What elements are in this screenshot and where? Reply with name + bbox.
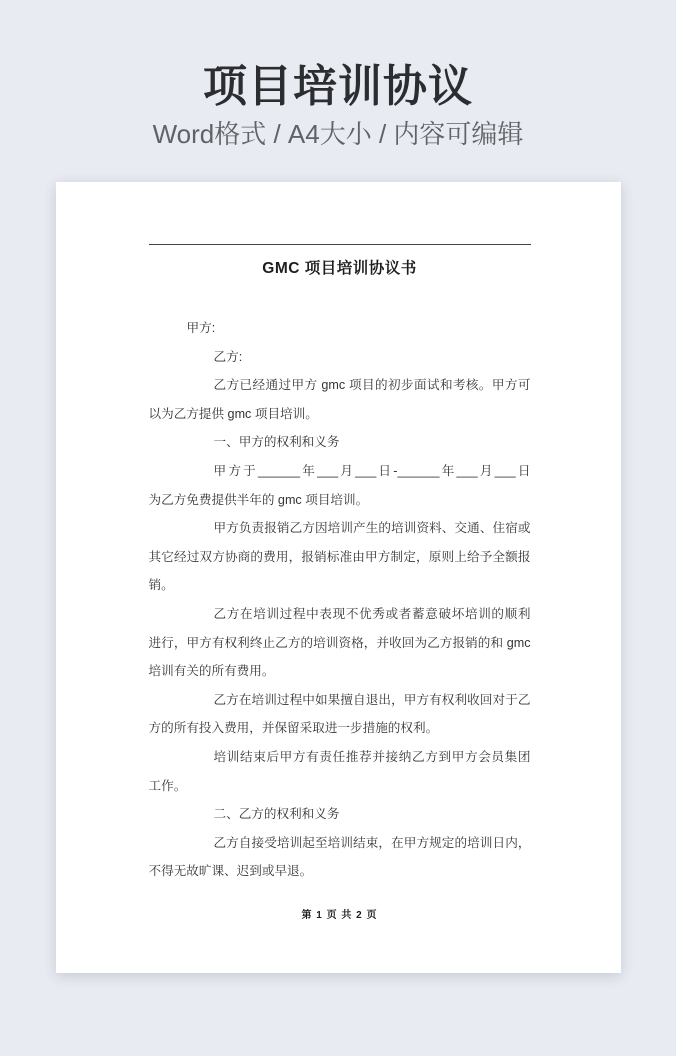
doc-line: 甲方负责报销乙方因培训产生的培训资料、交通、住宿或 — [149, 514, 531, 543]
doc-line: 以为乙方提供 gmc 项目培训。 — [149, 400, 531, 429]
doc-line: 不得无故旷课、迟到或早退。 — [149, 857, 531, 886]
doc-line: 进行，甲方有权利终止乙方的培训资格，并收回为乙方报销的和 gmc — [149, 629, 531, 658]
doc-line: 甲方: — [149, 314, 531, 343]
header: 项目培训协议 Word格式 / A4大小 / 内容可编辑 — [0, 0, 676, 149]
document-title: GMC 项目培训协议书 — [149, 258, 531, 280]
page-title: 项目培训协议 — [0, 64, 676, 110]
doc-line: 甲方于______年___月___日-______年___月___日 — [149, 457, 531, 486]
doc-line: 其它经过双方协商的费用，报销标准由甲方制定，原则上给予全额报 — [149, 543, 531, 572]
document-page: GMC 项目培训协议书 甲方:乙方:乙方已经通过甲方 gmc 项目的初步面试和考… — [56, 182, 621, 973]
template-preview-page: 项目培训协议 Word格式 / A4大小 / 内容可编辑 GMC 项目培训协议书… — [0, 0, 676, 1056]
doc-line: 乙方: — [149, 343, 531, 372]
header-rule — [149, 244, 531, 245]
document-body: 甲方:乙方:乙方已经通过甲方 gmc 项目的初步面试和考核。甲方可以为乙方提供 … — [149, 314, 531, 886]
doc-line: 乙方已经通过甲方 gmc 项目的初步面试和考核。甲方可 — [149, 371, 531, 400]
page-subtitle: Word格式 / A4大小 / 内容可编辑 — [0, 119, 676, 149]
doc-line: 销。 — [149, 571, 531, 600]
doc-line: 工作。 — [149, 772, 531, 801]
doc-line: 为乙方免费提供半年的 gmc 项目培训。 — [149, 486, 531, 515]
doc-line: 乙方在培训过程中如果擅自退出，甲方有权利收回对于乙 — [149, 686, 531, 715]
doc-line: 一、甲方的权利和义务 — [149, 428, 531, 457]
doc-line: 培训结束后甲方有责任推荐并接纳乙方到甲方会员集团 — [149, 743, 531, 772]
doc-line: 乙方自接受培训起至培训结束，在甲方规定的培训日内， — [149, 829, 531, 858]
page-number: 第 1 页 共 2 页 — [149, 909, 531, 923]
doc-line: 乙方在培训过程中表现不优秀或者蓄意破坏培训的顺利 — [149, 600, 531, 629]
doc-line: 方的所有投入费用，并保留采取进一步措施的权利。 — [149, 714, 531, 743]
doc-line: 二、乙方的权利和义务 — [149, 800, 531, 829]
doc-line: 培训有关的所有费用。 — [149, 657, 531, 686]
